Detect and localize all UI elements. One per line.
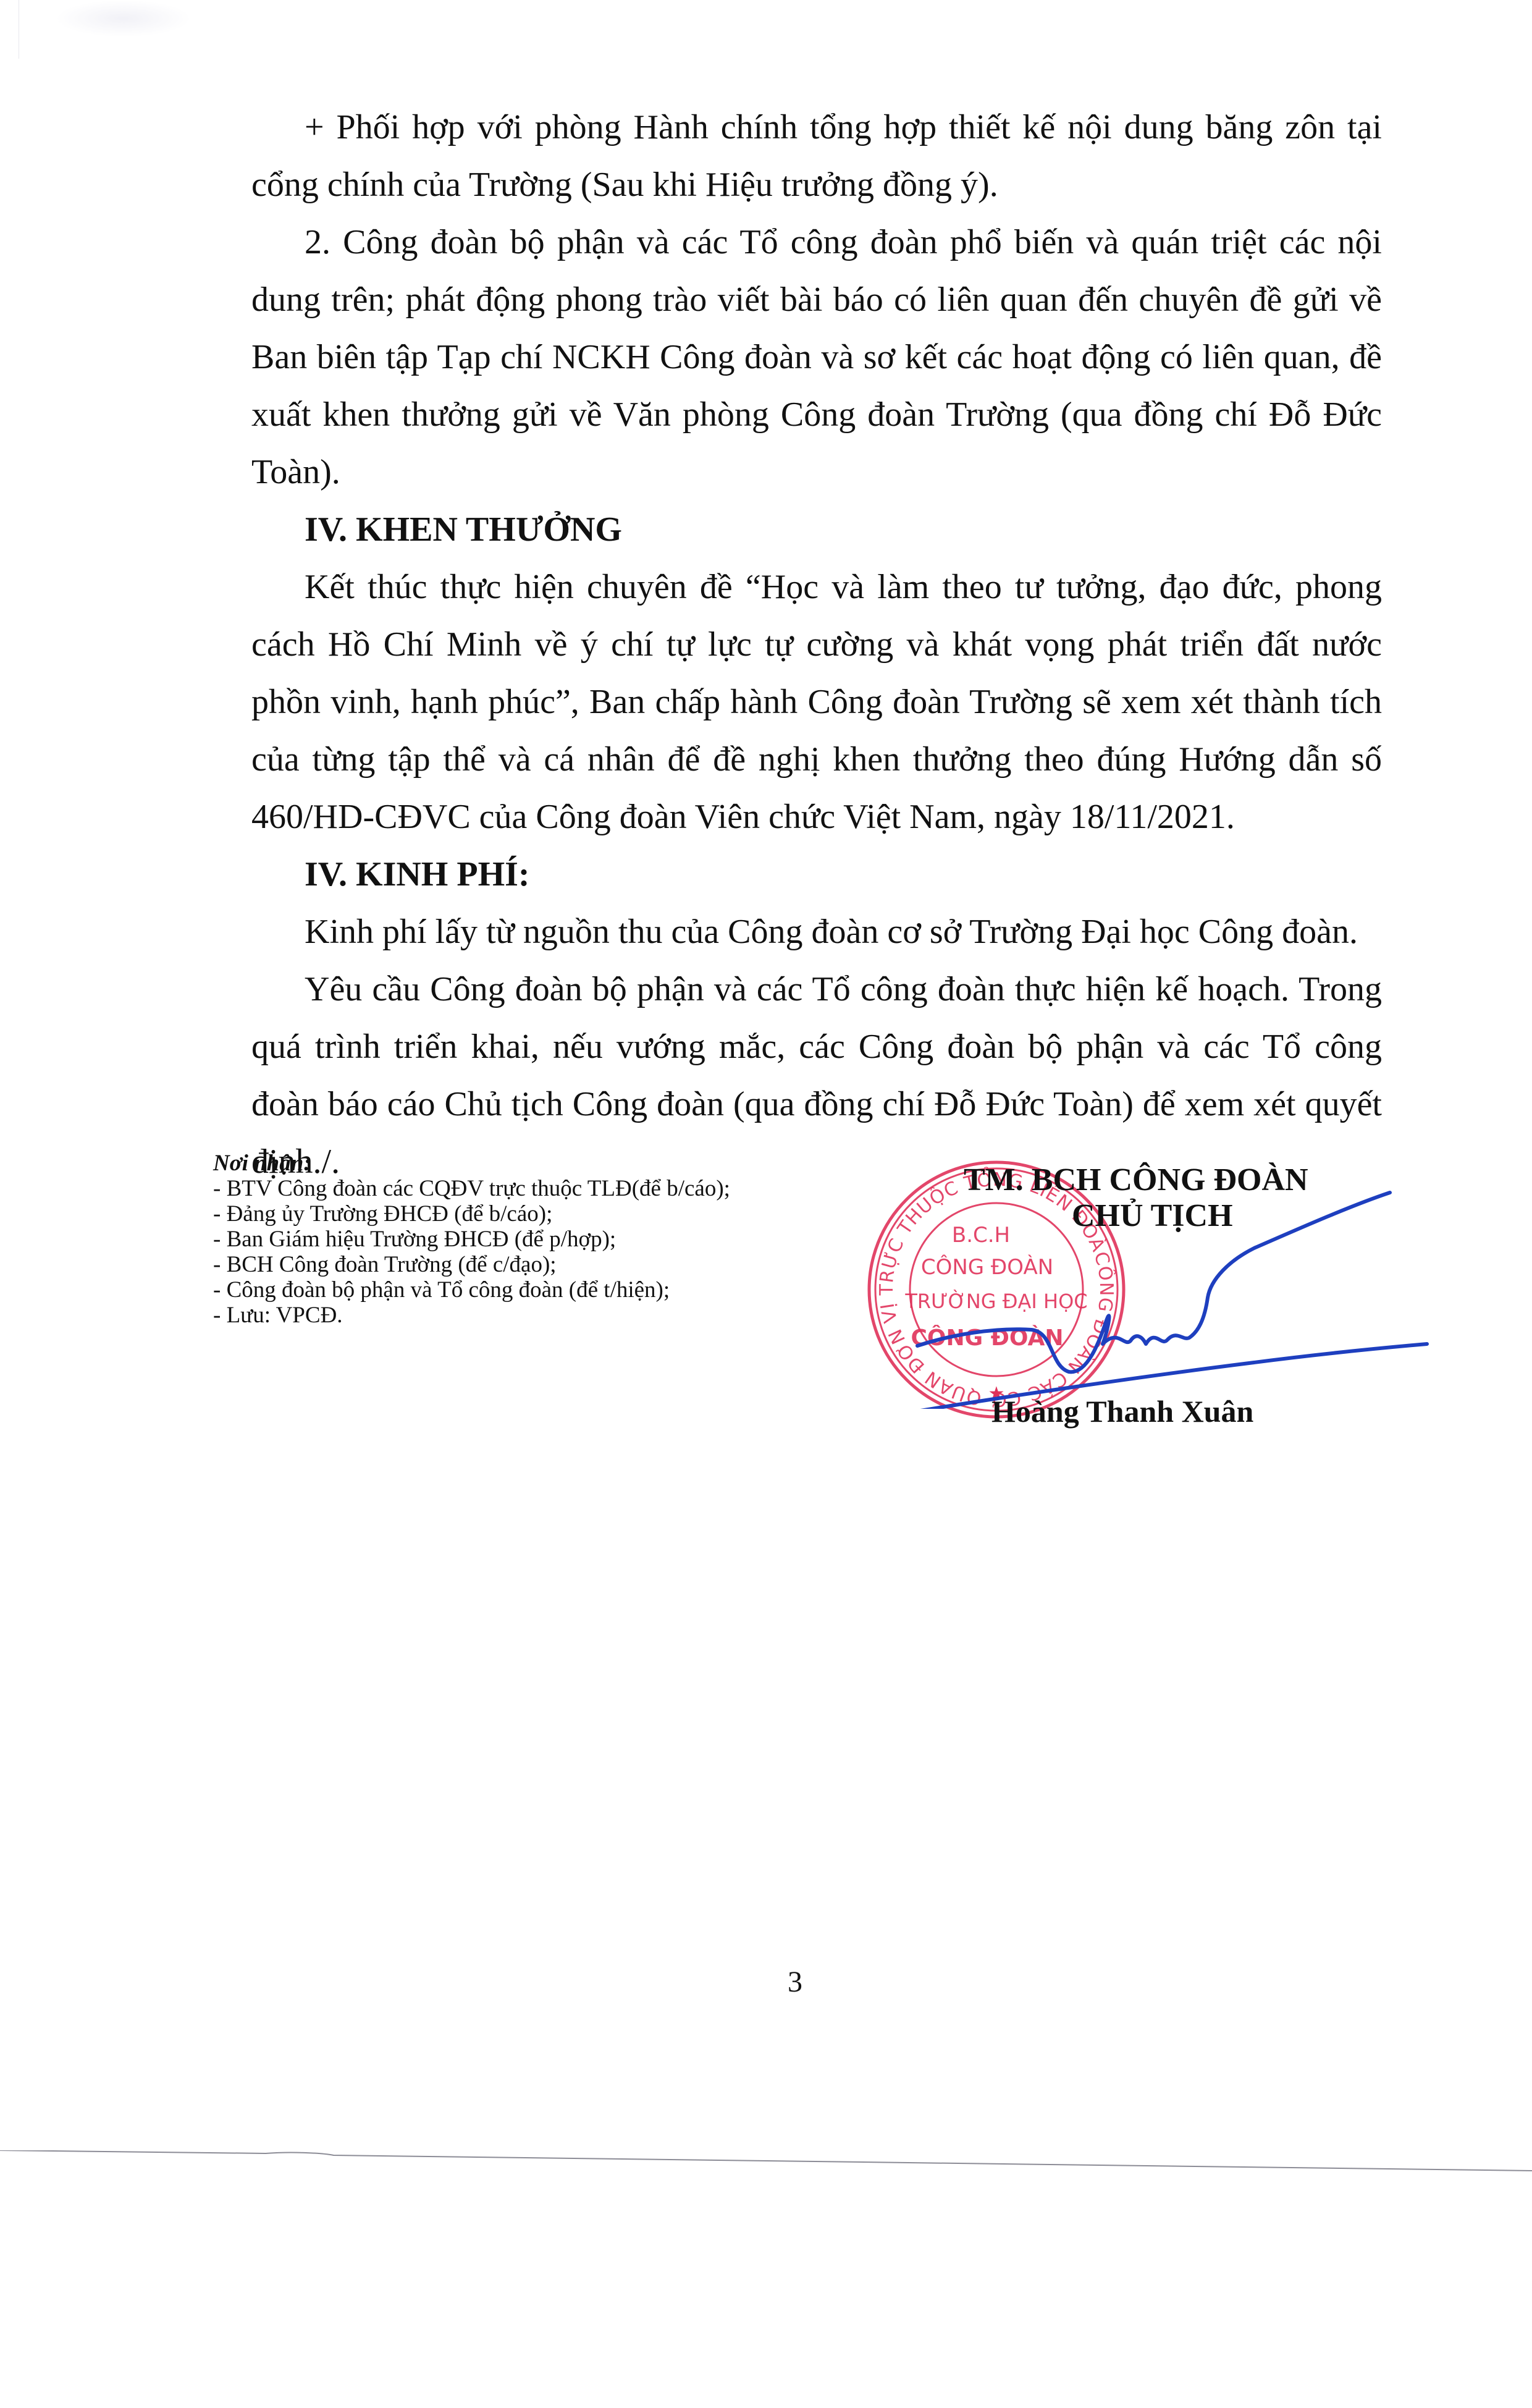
recipient-item: - BCH Công đoàn Trường (để c/đạo);: [213, 1252, 730, 1277]
heading-funding: IV. KINH PHÍ:: [251, 846, 1382, 903]
scan-artifact: [56, 0, 192, 37]
recipients-list: Nơi nhận: - BTV Công đoàn các CQĐV trực …: [213, 1151, 730, 1328]
handwritten-signature-icon: [883, 1186, 1439, 1409]
recipient-item: - BTV Công đoàn các CQĐV trực thuộc TLĐ(…: [213, 1176, 730, 1201]
heading-rewards: IV. KHEN THƯỞNG: [251, 501, 1382, 559]
page-number: 3: [788, 1965, 802, 1999]
paragraph-coordination: + Phối hợp với phòng Hành chính tổng hợp…: [251, 99, 1382, 214]
scan-edge: [19, 0, 19, 59]
recipient-item: - Ban Giám hiệu Trường ĐHCĐ (để p/hợp);: [213, 1227, 730, 1252]
document-page: + Phối hợp với phòng Hành chính tổng hợp…: [0, 0, 1532, 2408]
recipient-item: - Lưu: VPCĐ.: [213, 1303, 730, 1328]
paragraph-funding: Kinh phí lấy từ nguồn thu của Công đoàn …: [251, 903, 1382, 961]
recipient-item: - Công đoàn bộ phận và Tổ công đoàn (để …: [213, 1277, 730, 1303]
paragraph-dissemination: 2. Công đoàn bộ phận và các Tổ công đoàn…: [251, 214, 1382, 501]
recipients-title: Nơi nhận:: [213, 1151, 730, 1176]
scan-artifact-line: [0, 2150, 1532, 2175]
recipient-item: - Đảng ủy Trường ĐHCĐ (để b/cáo);: [213, 1201, 730, 1227]
document-body: + Phối hợp với phòng Hành chính tổng hợp…: [251, 99, 1382, 1191]
paragraph-rewards: Kết thúc thực hiện chuyên đề “Học và làm…: [251, 559, 1382, 846]
